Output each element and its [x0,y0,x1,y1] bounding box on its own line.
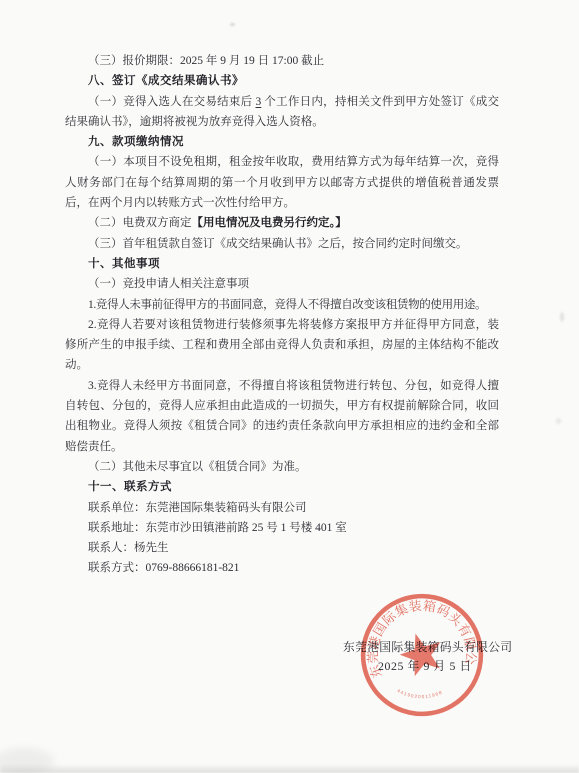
quote-deadline-line: （三）报价期限：2025 年 9 月 19 日 17:00 截止 [65,51,499,71]
scan-artifact-dot [230,23,235,26]
bold-bracket-clause: 【用电情况及电费另行约定。】 [192,217,347,229]
section-9-item-1: （一）本项目不设免租期，租金按年收取，费用结算方式为每年结算一次，竞得人财务部门… [65,152,499,213]
scan-artifact-mark [556,418,561,424]
section-10-heading: 十、其他事项 [65,254,499,274]
signature-date: 2025 年 9 月 5 日 [378,657,472,674]
section-9-heading: 九、款项缴纳情况 [65,132,499,152]
scanned-document-page: （三）报价期限：2025 年 9 月 19 日 17:00 截止 八、签订《成交… [0,0,579,773]
contact-person-line: 联系人：杨先生 [65,538,499,558]
section-9-item-3: （三）首年租赁款自签订《成交结果确认书》之后，按合同约定时间缴交。 [65,234,499,254]
company-seal-icon: 东莞港国际集装箱码头有限公司 4419020011968 [346,579,497,730]
section-10-note-3: 3.竞得人未经甲方书面同意，不得擅自将该租赁物进行转包、分包，如竞得人擅自转包、… [65,376,499,457]
signature-company-name: 东莞港国际集装箱码头有限公司 [343,638,523,655]
document-body: （三）报价期限：2025 年 9 月 19 日 17:00 截止 八、签订《成交… [65,51,499,579]
section-11-heading: 十一、联系方式 [65,477,499,497]
seal-outer-ring [355,588,490,723]
contact-phone-line: 联系方式：0769-88666181-821 [65,558,499,578]
section-8-item-1: （一）竞得入选人在交易结束后 3 个工作日内，持相关文件到甲方处签订《成交结果确… [65,92,499,133]
seal-serial-number: 4419020011968 [396,681,444,703]
scan-artifact-mark [560,312,564,322]
contact-unit-line: 联系单位：东莞港国际集装箱码头有限公司 [65,498,499,518]
scan-bottom-edge-shadow [0,764,579,773]
section-10-item-1: （一）竞投申请人相关注意事项 [65,274,499,294]
section-10-note-2: 2.竞得人若要对该租赁物进行装修须事先将装修方案报甲方并征得甲方同意，装修所产生… [65,315,499,376]
contact-address-line: 联系地址：东莞市沙田镇港前路 25 号 1 号楼 401 室 [65,518,499,538]
section-9-item-2: （二）电费双方商定【用电情况及电费另行约定。】 [65,213,499,233]
section-10-item-2: （二）其他未尽事宜以《租赁合同》为准。 [65,457,499,477]
section-8-heading: 八、签订《成交结果确认书》 [65,71,499,91]
section-10-note-1: 1.竞得人未事前征得甲方的书面同意，竞得人不得擅自改变该租赁物的使用用途。 [65,295,499,315]
